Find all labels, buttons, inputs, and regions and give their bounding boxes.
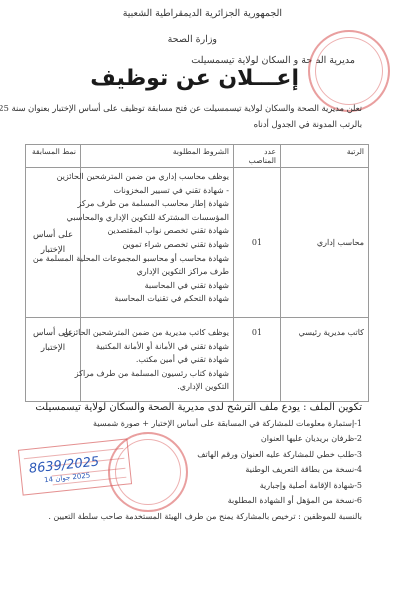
announcement-intro: تعلن مديرية الصحة والسكان لولاية تيسمسيل… xyxy=(32,100,362,132)
condition-line: شهادة تقني تخصص شراء تموين xyxy=(85,238,229,252)
condition-line: طرف مراكز التكوين الإداري xyxy=(85,265,229,279)
condition-line: شهادة كتاب رئسيون المسلمة من طرف مراكز xyxy=(85,367,229,381)
republic-heading: الجمهورية الجزائرية الديمقراطية الشعبية xyxy=(123,8,282,19)
condition-line: شهادة إطار محاسب المسلمة من طرف مركز xyxy=(85,197,229,211)
header-posts: عدد المناصب xyxy=(234,145,281,168)
rank-cell: كاتب مديرية رئيسي xyxy=(281,318,369,402)
table-header-row: الرتبة عدد المناصب الشروط المطلوبة نمط ا… xyxy=(26,145,369,168)
condition-line: المؤسسات المشتركة للتكوين الإداري والمحا… xyxy=(85,211,229,225)
header-conditions: الشروط المطلوبة xyxy=(81,145,234,168)
condition-line: شهادة تقني تخصص نواب المقتصدين xyxy=(85,224,229,238)
table-row: محاسب إداري 01 يوظف محاسب إداري من ضمن ا… xyxy=(26,168,369,318)
condition-line: شهادة التحكم في تقنيات المحاسبة xyxy=(85,292,229,306)
condition-line: التكوين الإداري. xyxy=(85,380,229,394)
conditions-cell: يوظف كاتب مديرية من ضمن المترشحين الحائز… xyxy=(81,318,234,402)
table-row: كاتب مديرية رئيسي 01 يوظف كاتب مديرية من… xyxy=(26,318,369,402)
header-mode: نمط المسابقة xyxy=(26,145,81,168)
page-title: إعـــلان عن توظيف xyxy=(90,66,299,91)
employees-note: بالنسبة للموظفين : ترخيص بالمشاركة يمنح … xyxy=(12,509,362,525)
condition-line: يوظف كاتب مديرية من ضمن المترشحين الحائز… xyxy=(85,326,229,340)
condition-line: - شهادة تقني في تسيير المخزونات xyxy=(85,184,229,198)
condition-line: شهادة تقني في الأمانة أو الأمانة المكتبي… xyxy=(85,340,229,354)
conditions-cell: يوظف محاسب إداري من ضمن المترشحين الحائز… xyxy=(81,168,234,318)
rank-cell: محاسب إداري xyxy=(281,168,369,318)
mode-cell: على أساس الإختبار xyxy=(26,168,81,318)
positions-table: الرتبة عدد المناصب الشروط المطلوبة نمط ا… xyxy=(25,144,369,402)
intro-line-2: بالرتب المدونة في الجدول أدناه xyxy=(32,116,362,132)
condition-line: شهادة تقني في أمين مكتب. xyxy=(85,353,229,367)
header-rank: الرتبة xyxy=(281,145,369,168)
dossier-item: 1-إستمارة معلومات للمشاركة في المسابقة ع… xyxy=(12,416,362,432)
ministry-heading: وزارة الصحة xyxy=(168,34,217,45)
condition-line: يوظف محاسب إداري من ضمن المترشحين الحائز… xyxy=(85,170,229,184)
condition-line: شهادة تقني في المحاسبة xyxy=(85,279,229,293)
mode-cell: على أساس الإختبار xyxy=(26,318,81,402)
posts-cell: 01 xyxy=(234,318,281,402)
intro-line-1: تعلن مديرية الصحة والسكان لولاية تيسمسيل… xyxy=(32,100,362,116)
dossier-heading: تكوين الملف : يودع ملف الترشح لدى مديرية… xyxy=(12,400,362,416)
dossier-item: 6-نسخة من المؤهل أو الشهادة المطلوبة xyxy=(12,493,362,509)
condition-line: شهادة محاسب أو محاسبو المجموعات المحلية … xyxy=(85,252,229,266)
posts-cell: 01 xyxy=(234,168,281,318)
